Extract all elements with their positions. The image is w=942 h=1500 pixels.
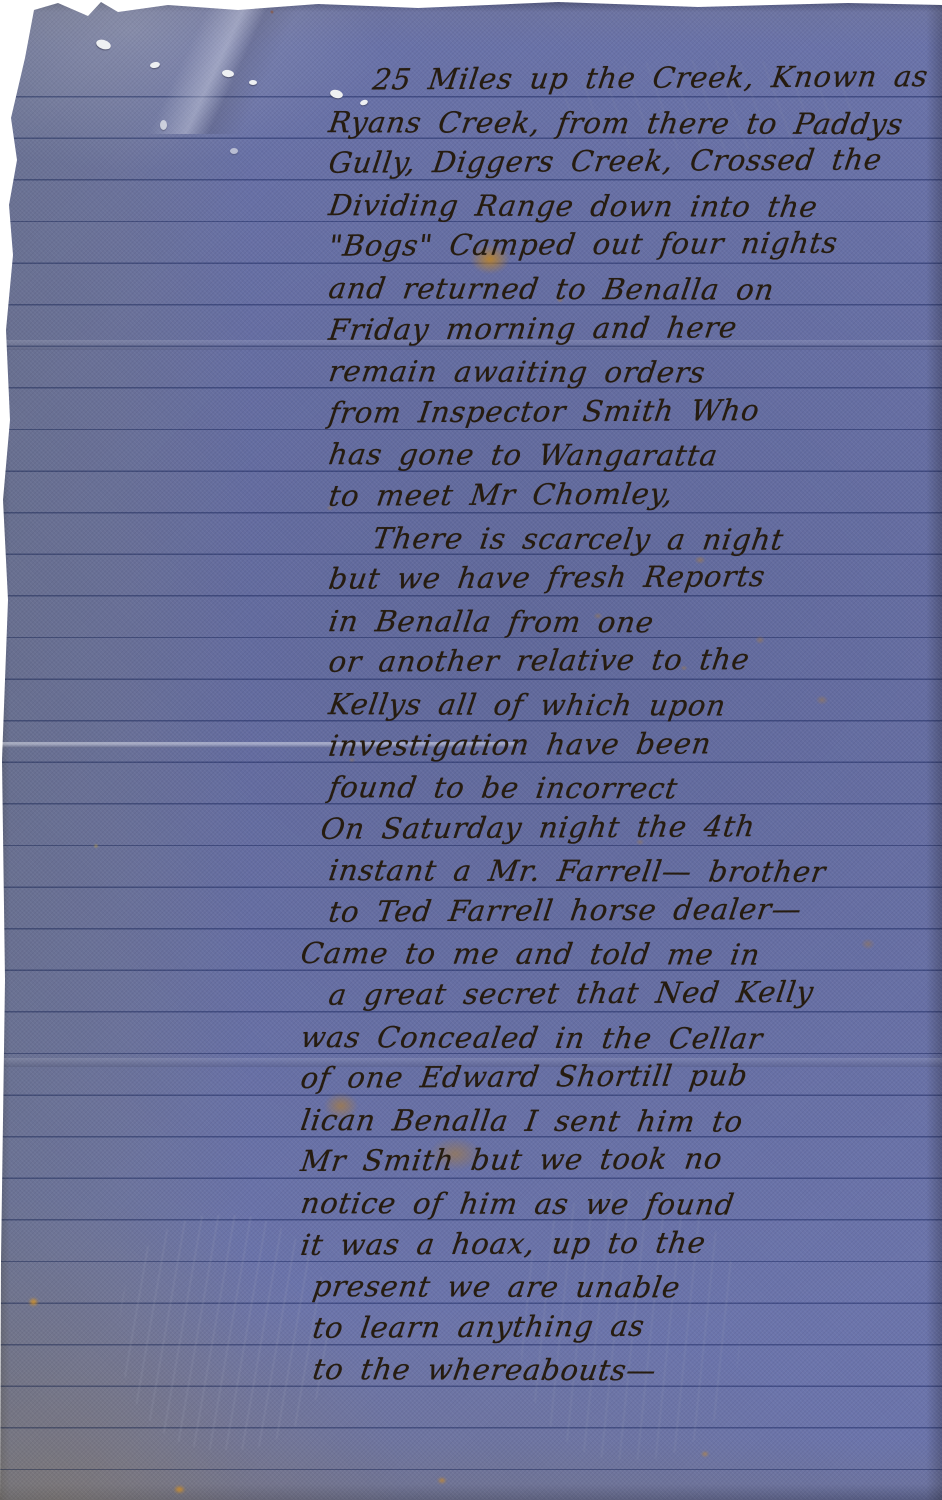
letter-paper: 25 Miles up the Creek, Known asRyans Cre… (0, 0, 942, 1500)
foxing-stain (27, 1296, 40, 1308)
handwriting-line: a great secret that Ned Kelly (288, 971, 942, 1017)
handwriting-line: of one Edward Shortill pub (288, 1054, 942, 1100)
paper-damage-spot (230, 148, 238, 154)
handwriting-line: and returned to Benalla on (288, 268, 942, 312)
handwriting-line: or another relative to the (288, 638, 942, 684)
scanned-document: 25 Miles up the Creek, Known asRyans Cre… (0, 0, 942, 1500)
handwriting-line: has gone to Wangaratta (288, 434, 942, 478)
handwriting-line: to Ted Farrell horse dealer— (288, 888, 942, 934)
handwriting-line: from Inspector Smith Who (288, 389, 942, 435)
handwriting-line: to the whereabouts— (288, 1349, 942, 1393)
handwriting-line: found to be incorrect (288, 767, 942, 811)
handwriting-line: "Bogs" Camped out four nights (288, 222, 942, 268)
handwriting-text: 25 Miles up the Creek, Known asRyans Cre… (288, 60, 940, 1391)
handwriting-line: Friday morning and here (288, 306, 942, 352)
foxing-stain (172, 1484, 187, 1495)
handwriting-line: instant a Mr. Farrell— brother (288, 850, 942, 894)
handwriting-line: On Saturday night the 4th (288, 805, 942, 851)
paper-damage-spot (249, 80, 257, 85)
foxing-stain (436, 1476, 448, 1485)
handwriting-line: Mr Smith but we took no (288, 1137, 942, 1183)
handwriting-line: Gully, Diggers Creek, Crossed the (288, 139, 942, 185)
handwriting-line: 25 Miles up the Creek, Known as (288, 56, 942, 102)
handwriting-line: to meet Mr Chomley, (288, 472, 942, 518)
paper-damage-spot (222, 69, 235, 78)
handwriting-line: but we have fresh Reports (288, 555, 942, 601)
handwriting-line: present we are unable (288, 1266, 942, 1310)
handwriting-line: notice of him as we found (288, 1183, 942, 1227)
handwriting-line: to learn anything as (288, 1304, 942, 1350)
handwriting-line: remain awaiting orders (288, 351, 942, 395)
handwriting-line: it was a hoax, up to the (288, 1221, 942, 1267)
handwriting-line: Kellys all of which upon (288, 684, 942, 728)
foxing-stain (700, 1450, 710, 1458)
handwriting-line: investigation have been (288, 722, 942, 768)
paper-damage-spot (95, 38, 112, 51)
paper-damage-spot (160, 120, 167, 130)
paper-damage-spot (149, 61, 160, 69)
